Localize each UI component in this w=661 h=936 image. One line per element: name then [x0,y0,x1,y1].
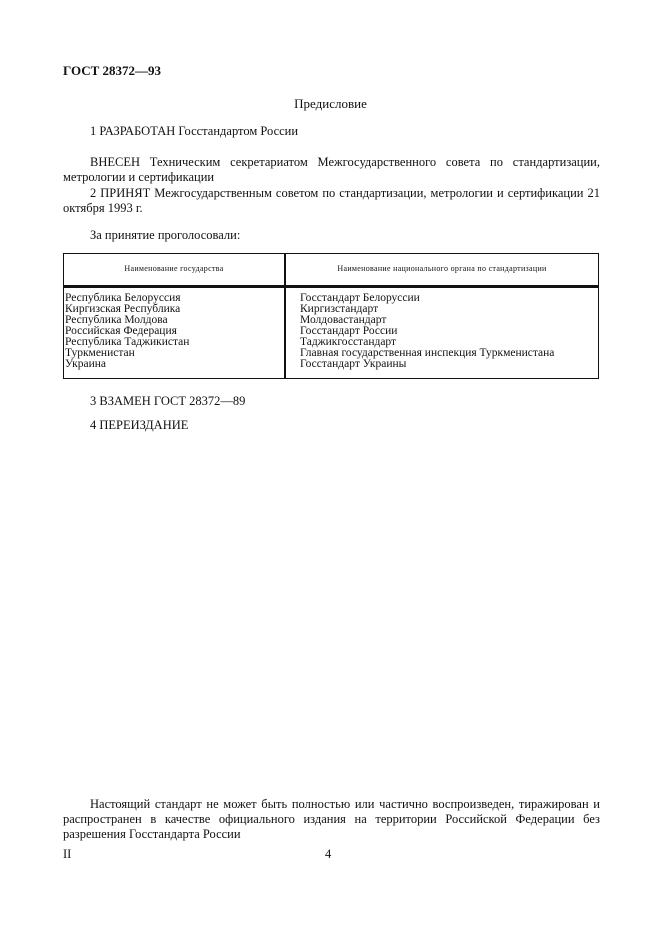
table-cell-state: Украина [65,359,189,370]
page-number: 4 [325,847,331,862]
voting-table: Наименование государства Наименование на… [63,253,599,379]
document-code: ГОСТ 28372—93 [63,63,161,79]
item-replaces: 3 ВЗАМЕН ГОСТ 28372—89 [90,394,245,409]
table-column-states: Республика Белоруссия Киргизская Республ… [65,293,189,370]
table-cell-national-body: Госстандарт Украины [300,359,554,370]
table-column-national-bodies: Госстандарт Белоруссии Киргизстандарт Мо… [300,293,554,370]
section-title: Предисловие [0,96,661,112]
copyright-note: Настоящий стандарт не может быть полност… [63,797,600,842]
paragraph-adopted-by: 2 ПРИНЯТ Межгосударственным советом по с… [63,186,600,216]
page-roman-numeral: II [63,847,71,862]
table-header-state: Наименование государства [64,264,284,273]
paragraph-voted-for: За принятие проголосовали: [63,228,600,243]
table-column-divider [284,254,286,378]
paragraph-introduced-by: ВНЕСЕН Техническим секретариатом Межгосу… [63,155,600,185]
table-header-national-body: Наименование национального органа по ста… [286,264,598,273]
paragraph-developed-by: 1 РАЗРАБОТАН Госстандартом России [63,124,600,139]
item-reissue: 4 ПЕРЕИЗДАНИЕ [90,418,188,433]
table-header-row: Наименование государства Наименование на… [64,254,598,288]
